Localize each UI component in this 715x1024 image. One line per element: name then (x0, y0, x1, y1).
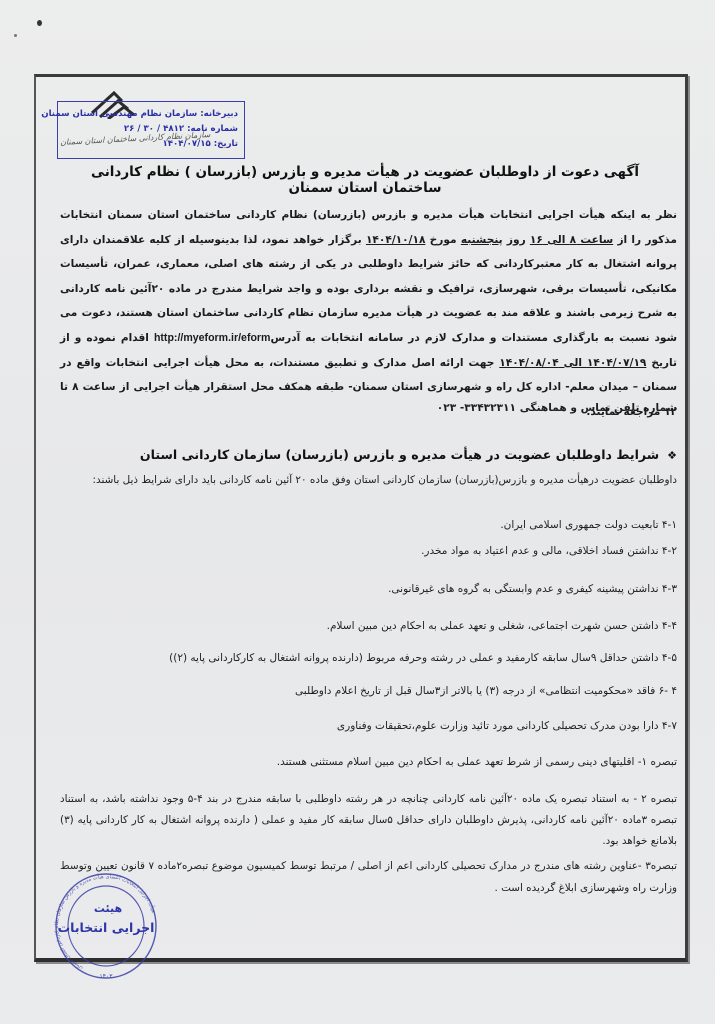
condition-item: ۴-۱ تابعیت دولت جمهوری اسلامی ایران. (500, 519, 677, 531)
condition-item: ۴-۷ دارا بودن مدرک تحصیلی کاردانی مورد ت… (337, 720, 677, 732)
election-board-seal: هیأت اجرایی انتخابات اعضای هیأت مدیره و … (52, 870, 160, 984)
seal-year: ۱۴۰۳ (100, 973, 114, 980)
page-title: آگهی دعوت از داوطلبان عضویت در هیأت مدیر… (60, 164, 670, 196)
election-time-range: ساعت ۸ الی ۱۶ (530, 234, 613, 246)
upload-period: ۱۴۰۴/۰۷/۱۹ الی ۱۴۰۴/۰۸/۰۴ (499, 357, 646, 369)
condition-item: ۴-۲ نداشتن فساد اخلاقی، مالی و عدم اعتیا… (421, 545, 677, 557)
condition-item: ۴ -۶ فاقد «محکومیت انتظامی» از درجه (۳) … (295, 685, 677, 697)
condition-item: ۴-۴ داشتن حسن شهرت اجتماعی، شغلی و تعهد … (327, 620, 677, 632)
condition-item: ۴-۳ نداشتن پیشینه کیفری و عدم وابستگی به… (388, 583, 677, 595)
election-weekday: پنجشنبه (461, 234, 503, 246)
diamond-bullet-icon: ❖ (667, 449, 677, 462)
intro-text: مورخ (425, 234, 460, 246)
intro-paragraph: نظر به اینکه هیأت اجرایی انتخابات هیأت م… (60, 203, 677, 424)
conditions-heading-text: شرایط داوطلبان عضویت در هیأت مدیره و باز… (140, 447, 659, 462)
contact-phone: شماره تلفن تماس و هماهنگی ۳۳۴۳۲۳۱۱- ۰۲۳ (437, 402, 677, 414)
stamp-secretariat: دبیرخانه: سازمان نظام مهندسی استان سمنان (64, 107, 238, 122)
intro-text: روز (503, 234, 530, 246)
seal-line1: هیئت (94, 902, 122, 915)
election-date: ۱۴۰۴/۱۰/۱۸ (366, 234, 425, 246)
condition-item: ۴-۵ داشتن حداقل ۹سال سابقه کارمفید و عمل… (169, 652, 677, 664)
registration-url-link[interactable]: http://myeform.ir/eform (154, 332, 271, 344)
scanned-page: دبیرخانه: سازمان نظام مهندسی استان سمنان… (0, 0, 715, 1024)
registry-stamp: دبیرخانه: سازمان نظام مهندسی استان سمنان… (57, 101, 245, 159)
intro-text: برگزار خواهد نمود، لذا بدینوسیله از کلیه… (60, 234, 677, 344)
seal-line2: اجرایی انتخابات (58, 920, 155, 935)
conditions-heading: ❖شرایط داوطلبان عضویت در هیأت مدیره و با… (140, 447, 677, 462)
conditions-intro: داوطلبان عضویت درهیأت مدیره و بازرس(بازر… (60, 468, 677, 492)
note-2: تبصره ۲ - به استناد تبصره یک ماده ۲۰آئین… (60, 789, 677, 852)
scan-speck (14, 34, 17, 37)
scan-speck (37, 20, 42, 26)
note-1: تبصره ۱- اقلیتهای دینی رسمی از شرط تعهد … (277, 756, 677, 768)
